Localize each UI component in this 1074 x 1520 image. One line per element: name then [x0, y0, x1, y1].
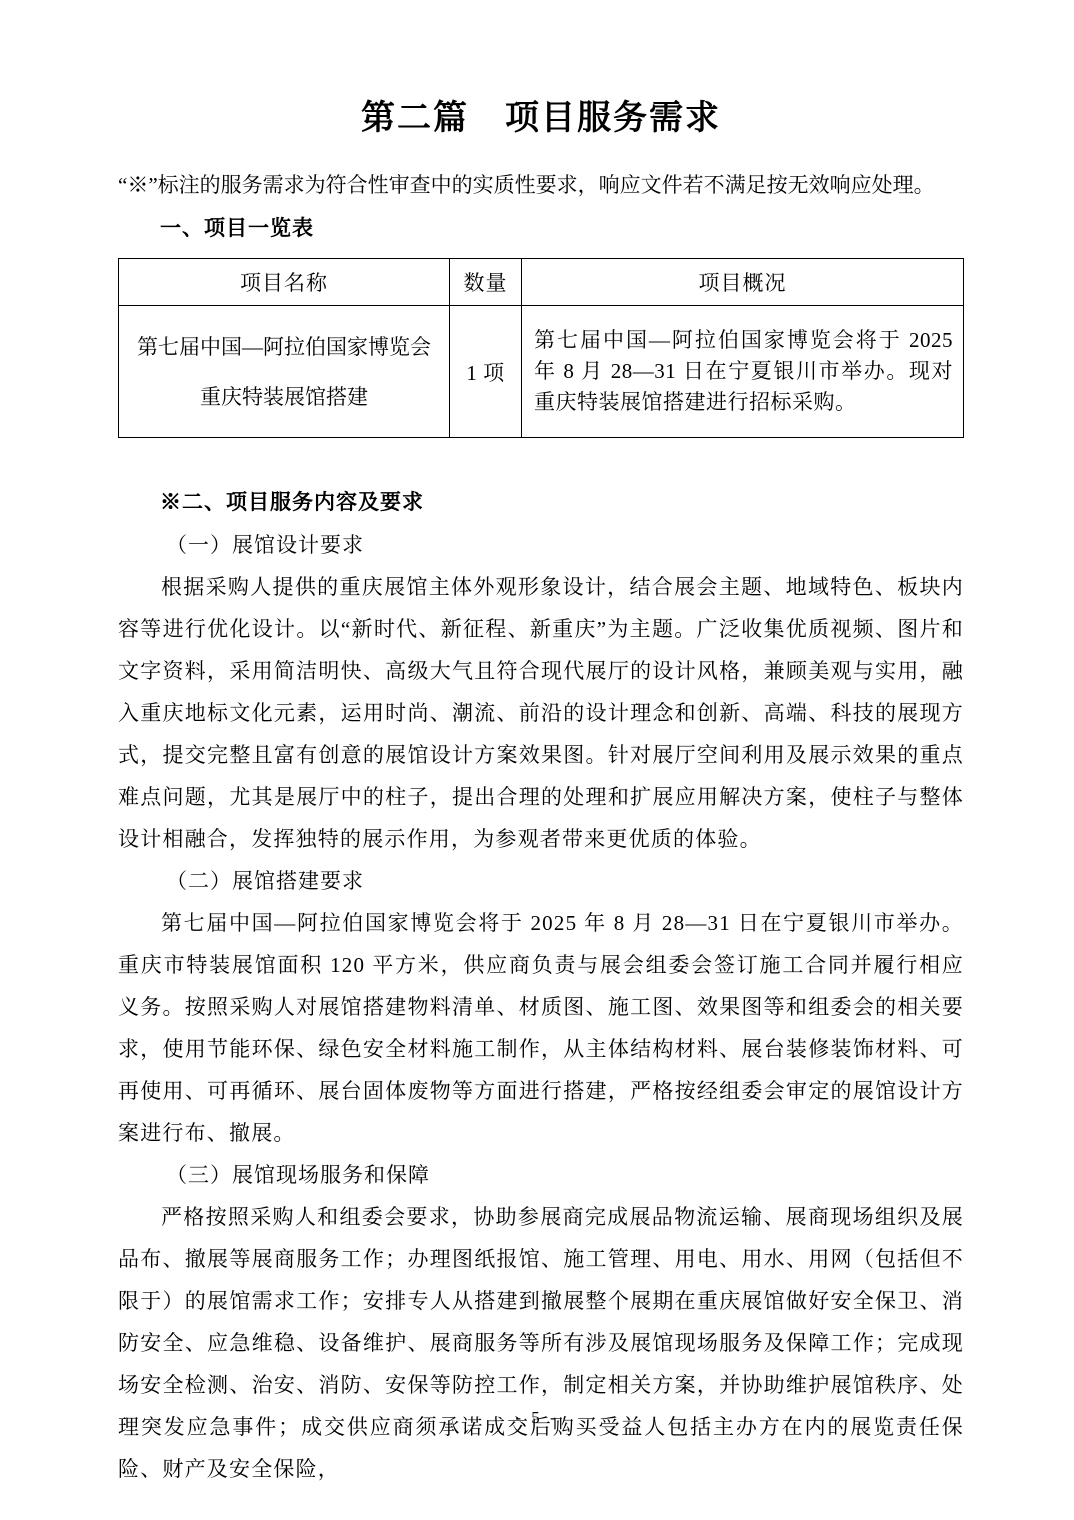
- subsection-3-body: 严格按照采购人和组委会要求，协助参展商完成展品物流运输、展商现场组织及展品布、撤…: [118, 1196, 964, 1490]
- document-page: 第二篇 项目服务需求 “※”标注的服务需求为符合性审查中的实质性要求，响应文件若…: [0, 0, 1074, 1520]
- cell-quantity: 1 项: [450, 306, 522, 438]
- subsection-2-heading: （二）展馆搭建要求: [118, 860, 964, 902]
- project-overview-table: 项目名称 数量 项目概况 第七届中国—阿拉伯国家博览会重庆特装展馆搭建 1 项 …: [118, 258, 964, 438]
- column-header-project-name: 项目名称: [119, 259, 450, 306]
- subsection-3-heading: （三）展馆现场服务和保障: [118, 1154, 964, 1196]
- subsection-2-body: 第七届中国—阿拉伯国家博览会将于 2025 年 8 月 28—31 日在宁夏银川…: [118, 902, 964, 1154]
- page-number: - 5 -: [0, 1408, 1074, 1428]
- cell-project-name: 第七届中国—阿拉伯国家博览会重庆特装展馆搭建: [119, 306, 450, 438]
- cell-project-overview: 第七届中国—阿拉伯国家博览会将于 2025 年 8 月 28—31 日在宁夏银川…: [522, 306, 964, 438]
- subsection-1-body: 根据采购人提供的重庆展馆主体外观形象设计，结合展会主题、地域特色、板块内容等进行…: [118, 566, 964, 860]
- table-row: 第七届中国—阿拉伯国家博览会重庆特装展馆搭建 1 项 第七届中国—阿拉伯国家博览…: [119, 306, 964, 438]
- table-header-row: 项目名称 数量 项目概况: [119, 259, 964, 306]
- document-title: 第二篇 项目服务需求: [118, 96, 964, 142]
- column-header-overview: 项目概况: [522, 259, 964, 306]
- section-2-heading: ※二、项目服务内容及要求: [118, 482, 964, 524]
- intro-note: “※”标注的服务需求为符合性审查中的实质性要求，响应文件若不满足按无效响应处理。: [118, 164, 964, 206]
- subsection-1-heading: （一）展馆设计要求: [118, 524, 964, 566]
- column-header-quantity: 数量: [450, 259, 522, 306]
- section-1-heading: 一、项目一览表: [118, 208, 964, 250]
